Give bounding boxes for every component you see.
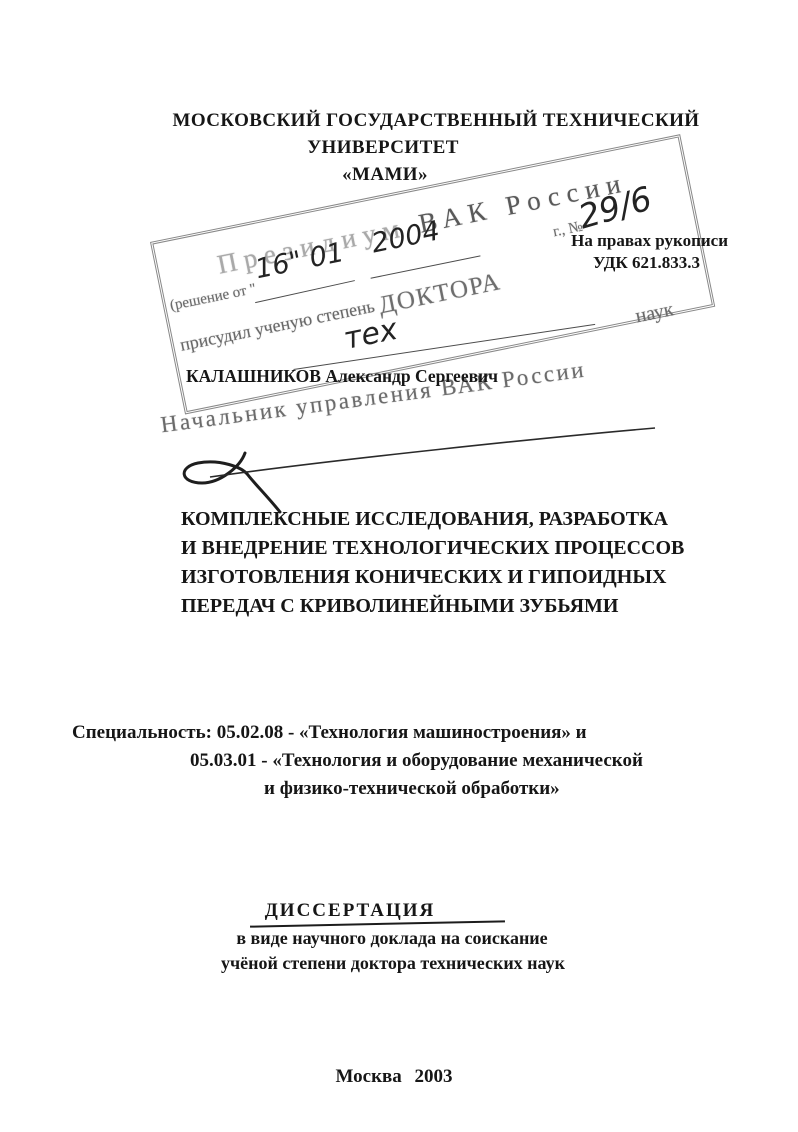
signature-long-stroke [210, 428, 655, 477]
speciality-line-2: 05.03.01 - «Технология и оборудование ме… [190, 750, 643, 772]
title-line-3: ИЗГОТОВЛЕНИЯ КОНИЧЕСКИХ И ГИПОИДНЫХ [181, 563, 684, 592]
dissertation-subline-2: учёной степени доктора технических наук [0, 953, 792, 974]
speciality-line-1: Специальность: 05.02.08 - «Технология ма… [72, 722, 587, 744]
dissertation-title: КОМПЛЕКСНЫЕ ИССЛЕДОВАНИЯ, РАЗРАБОТКА И В… [181, 505, 684, 621]
udc-number: УДК 621.833.3 [593, 253, 700, 273]
signature-loop [184, 453, 280, 512]
speciality-line-3: и физико-технической обработки» [264, 778, 560, 800]
title-line-2: И ВНЕДРЕНИЕ ТЕХНОЛОГИЧЕСКИХ ПРОЦЕССОВ [181, 534, 684, 563]
scanned-dissertation-title-page: { "document": { "university": { "line1":… [0, 0, 798, 1132]
manuscript-rights-note: На правах рукописи [571, 231, 728, 251]
title-line-4: ПЕРЕДАЧ С КРИВОЛИНЕЙНЫМИ ЗУБЬЯМИ [181, 592, 684, 621]
university-name-line1: МОСКОВСКИЙ ГОСУДАРСТВЕННЫЙ ТЕХНИЧЕСКИЙ [37, 110, 798, 132]
dissertation-subline-1: в виде научного доклада на соискание [0, 928, 791, 949]
stamp-field-suffix: наук [633, 298, 675, 328]
signature [150, 405, 670, 520]
stamp-awarded-degree: ДОКТОРА [376, 268, 503, 319]
dissertation-heading: ДИССЕРТАЦИЯ [0, 900, 749, 922]
imprint-city-year: Москва 2003 [0, 1066, 793, 1088]
author-name: КАЛАШНИКОВ Александр Сергеевич [0, 366, 741, 387]
title-line-1: КОМПЛЕКСНЫЕ ИССЛЕДОВАНИЯ, РАЗРАБОТКА [181, 505, 684, 534]
